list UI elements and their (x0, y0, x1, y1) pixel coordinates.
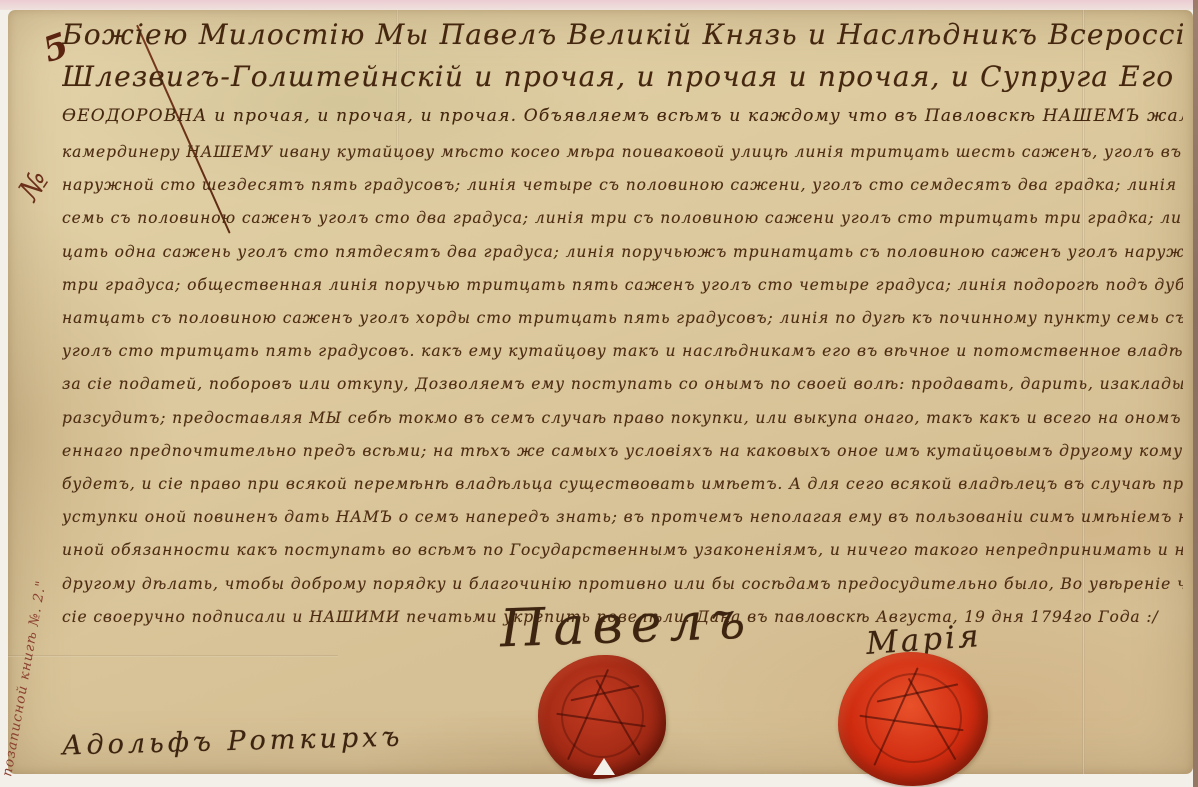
fold-crease-horizontal (8, 655, 338, 657)
manuscript-photo: 5 № позаписной книгѣ №. 2." Божіею Милос… (0, 0, 1198, 787)
registry-pen-stroke (136, 25, 231, 234)
wax-seal-right (838, 652, 988, 786)
manuscript-line: три градуса; общественная линія поручью … (62, 276, 1183, 294)
scan-edge-top (0, 0, 1198, 10)
manuscript-line: иной обязанности какъ поступать во всѣмъ… (62, 541, 1183, 559)
manuscript-line: будетъ, и сіе право при всякой перемѣнѣ … (62, 475, 1183, 493)
scan-edge-right (1193, 0, 1198, 787)
manuscript-line: другому дѣлать, чтобы доброму порядку и … (62, 575, 1183, 593)
paper-tear-notch (593, 758, 615, 775)
signature-pavel: Павелъ (499, 591, 754, 660)
numero-sign: № (12, 164, 57, 207)
manuscript-line: наружной сто шездесятъ пять градусовъ; л… (62, 176, 1183, 194)
heading-line: Шлезвигъ-Голштейнскій и прочая, и прочая… (62, 60, 1183, 93)
manuscript-line: за сіе податей, поборовъ или откупу, Доз… (62, 375, 1183, 393)
manuscript-line: разсудитъ; предоставляя МЫ себѣ токмо въ… (62, 409, 1183, 427)
manuscript-line: камердинеру НАШЕМУ ивану кутайцову мѣсто… (62, 143, 1183, 161)
manuscript-line: еннаго предпочтительно предъ всѣми; на т… (62, 442, 1183, 460)
manuscript-line: уступки оной повиненъ дать НАМЪ о семъ н… (62, 508, 1183, 526)
manuscript-line: натцать съ половиною саженъ уголъ хорды … (62, 309, 1183, 327)
heading-line: ѲЕОДОРОВНА и прочая, и прочая, и прочая.… (62, 106, 1183, 126)
manuscript-line: уголъ сто тритцать пять градусовъ. какъ … (62, 342, 1183, 360)
margin-note: позаписной книгѣ №. 2." (0, 470, 71, 778)
manuscript-line: цать одна сажень уголъ сто пятдесятъ два… (62, 243, 1183, 261)
manuscript-paper: 5 № позаписной книгѣ №. 2." Божіею Милос… (8, 10, 1193, 774)
manuscript-line: семь съ половиною саженъ уголъ сто два г… (62, 209, 1183, 227)
signature-witness: Адольфъ Роткирхъ (62, 722, 404, 762)
heading-line: Божіею Милостію Мы Павелъ Великій Князь … (62, 18, 1183, 51)
